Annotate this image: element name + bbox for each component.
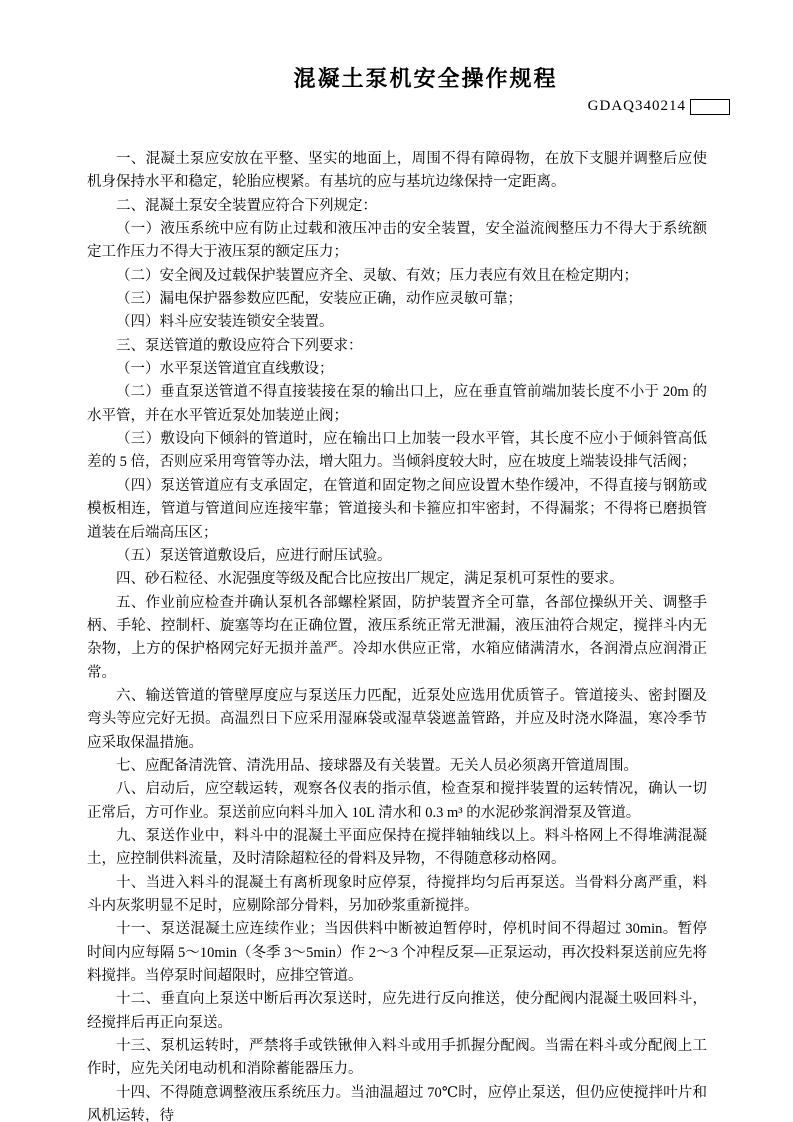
paragraph: 二、混凝土泵安全装置应符合下列规定： [87,195,707,218]
paragraph: 十二、垂直向上泵送中断后再次泵送时，应先进行反向推送，使分配阀内混凝土吸回料斗，… [87,988,707,1035]
paragraph: 十、当进入料斗的混凝土有离析现象时应停泵，待搅拌均匀后再泵送。当骨料分离严重，料… [87,872,707,919]
paragraph: 九、泵送作业中，料斗中的混凝土平面应保持在搅拌轴轴线以上。料斗格网上不得堆满混凝… [87,825,707,872]
document-page: 混凝土泵机安全操作规程 GDAQ340214 一、混凝土泵应安放在平整、坚实的地… [0,0,793,1122]
document-title: 混凝土泵机安全操作规程 [0,0,793,94]
paragraph: （一）水平泵送管道宜直线敷设； [87,358,707,381]
document-body: 一、混凝土泵应安放在平整、坚实的地面上，周围不得有障碍物，在放下支腿并调整后应使… [87,148,707,1122]
paragraph: （四）泵送管道应有支承固定，在管道和固定物之间应设置木垫作缓冲，不得直接与钢筋或… [87,475,707,545]
document-code: GDAQ340214 [588,98,686,115]
paragraph: 六、输送管道的管壁厚度应与泵送压力匹配，近泵处应选用优质管子。管道接头、密封圈及… [87,685,707,755]
paragraph: 五、作业前应检查并确认泵机各部螺栓紧固，防护装置齐全可靠，各部位操纵开关、调整手… [87,592,707,685]
paragraph: （五）泵送管道敷设后，应进行耐压试验。 [87,545,707,568]
paragraph: 十三、泵机运转时，严禁将手或铁锹伸入料斗或用手抓握分配阀。当需在料斗或分配阀上工… [87,1035,707,1082]
paragraph: 八、启动后，应空载运转，观察各仪表的指示值，检查泵和搅拌装置的运转情况，确认一切… [87,778,707,825]
paragraph: （二）垂直泵送管道不得直接装接在泵的输出口上，应在垂直管前端加装长度不小于 20… [87,381,707,428]
paragraph: （三）漏电保护器参数应匹配，安装应正确，动作应灵敏可靠； [87,288,707,311]
paragraph: 一、混凝土泵应安放在平整、坚实的地面上，周围不得有障碍物，在放下支腿并调整后应使… [87,148,707,195]
paragraph: （四）料斗应安装连锁安全装置。 [87,311,707,334]
paragraph: 十四、不得随意调整液压系统压力。当油温超过 70℃时，应停止泵送，但仍应使搅拌叶… [87,1082,707,1122]
paragraph: 十一、泵送混凝土应连续作业；当因供料中断被迫暂停时，停机时间不得超过 30min… [87,918,707,988]
paragraph: （二）安全阀及过载保护装置应齐全、灵敏、有效；压力表应有效且在检定期内； [87,265,707,288]
paragraph: 七、应配备清洗管、清洗用品、接球器及有关装置。无关人员必须离开管道周围。 [87,755,707,778]
code-box [690,99,730,115]
paragraph: 三、泵送管道的敷设应符合下列要求： [87,335,707,358]
paragraph: 四、砂石粒径、水泥强度等级及配合比应按出厂规定，满足泵机可泵性的要求。 [87,568,707,591]
paragraph: （一）液压系统中应有防止过载和液压冲击的安全装置，安全溢流阀整压力不得大于系统额… [87,218,707,265]
paragraph: （三）敷设向下倾斜的管道时，应在输出口上加装一段水平管，其长度不应小于倾斜管高低… [87,428,707,475]
document-code-row: GDAQ340214 [0,98,730,115]
